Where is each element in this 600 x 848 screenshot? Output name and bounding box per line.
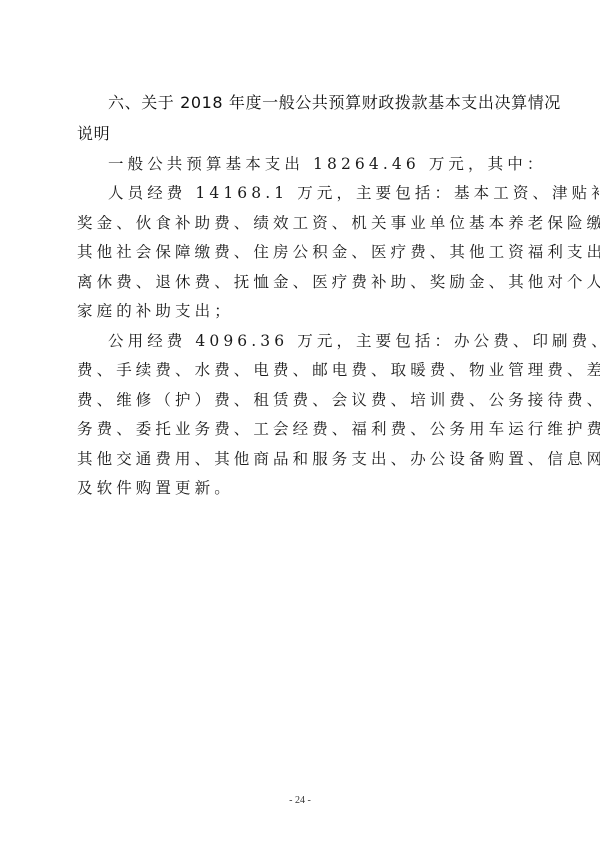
- paragraph-line: 人员经费 14168.1 万元，主要包括：基本工资、津贴补贴、: [108, 183, 600, 203]
- section-heading-line-1: 六、关于 2018 年度一般公共预算财政拨款基本支出决算情况: [108, 93, 561, 113]
- page-number: - 24 -: [0, 795, 600, 806]
- paragraph-line: 其他社会保障缴费、住房公积金、医疗费、其他工资福利支出、: [77, 242, 600, 262]
- paragraph-line: 奖金、伙食补助费、绩效工资、机关事业单位基本养老保险缴费、: [77, 213, 600, 233]
- paragraph-line: 及软件购置更新。: [77, 478, 234, 498]
- paragraph-line: 费、维修（护）费、租赁费、会议费、培训费、公务接待费、劳: [77, 390, 600, 410]
- paragraph-line: 一般公共预算基本支出 18264.46 万元，其中：: [108, 154, 546, 174]
- document-page: 六、关于 2018 年度一般公共预算财政拨款基本支出决算情况 说明 一般公共预算…: [0, 0, 600, 848]
- paragraph-line: 其他交通费用、其他商品和服务支出、办公设备购置、信息网络: [77, 449, 600, 469]
- paragraph-line: 费、手续费、水费、电费、邮电费、取暖费、物业管理费、差旅: [77, 360, 600, 380]
- paragraph-line: 务费、委托业务费、工会经费、福利费、公务用车运行维护费、: [77, 419, 600, 439]
- paragraph-line: 离休费、退休费、抚恤金、医疗费补助、奖励金、其他对个人和: [77, 272, 600, 292]
- paragraph-line: 公用经费 4096.36 万元，主要包括：办公费、印刷费、咨询: [108, 331, 600, 351]
- paragraph-line: 家庭的补助支出；: [77, 301, 234, 321]
- section-heading-line-2: 说明: [77, 124, 110, 144]
